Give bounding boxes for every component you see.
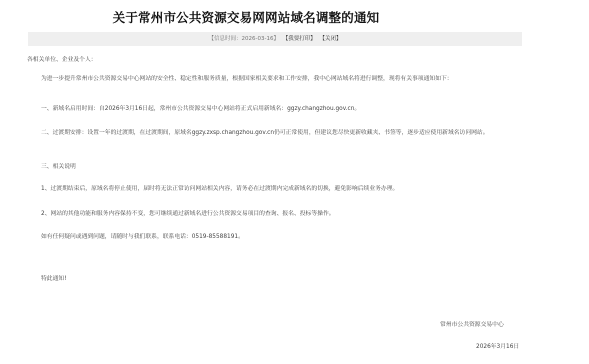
note-1: 1、过渡期结束后，原域名将停止使用，届时将无法正常访问网站相关内容，请务必在过渡… xyxy=(27,185,527,194)
meta-bar: 【信息时间：2026-03-16】 【我要打印】 【关闭】 xyxy=(28,32,522,46)
item-transition: 二、过渡期安排：设置一年的过渡期，在过渡期间，原域名ggzy.zxsp.chan… xyxy=(27,129,527,138)
info-time: 【信息时间：2026-03-16】 xyxy=(209,36,279,42)
note-2: 2、网站的其他功能和服务内容保持不变，您可继续通过新域名进行公共资源交易项目的查… xyxy=(27,210,527,219)
notice-title: 关于常州市公共资源交易网网站域名调整的通知 xyxy=(0,10,492,26)
print-link[interactable]: 【我要打印】 xyxy=(283,36,316,42)
intro-paragraph: 为进一步提升常州市公共资源交易中心网站的安全性、稳定性和服务质量，根据国家相关要… xyxy=(27,75,527,84)
item-notes-heading: 三、相关说明 xyxy=(27,163,76,172)
signature-organization: 常州市公共资源交易中心 xyxy=(440,319,504,328)
greeting: 各相关单位、企业及个人： xyxy=(27,56,97,65)
contact-paragraph: 如有任何疑问或遇到问题，请随时与我们联系，联系电话：0519-85588191。 xyxy=(27,233,527,242)
signature-date: 2026年3月16日 xyxy=(476,341,519,350)
item-new-domain: 一、新域名启用时间：自2026年3月16日起，常州市公共资源交易中心网站将正式启… xyxy=(27,105,527,114)
close-link[interactable]: 【关闭】 xyxy=(319,36,341,42)
closing-text: 特此通知! xyxy=(27,275,67,284)
